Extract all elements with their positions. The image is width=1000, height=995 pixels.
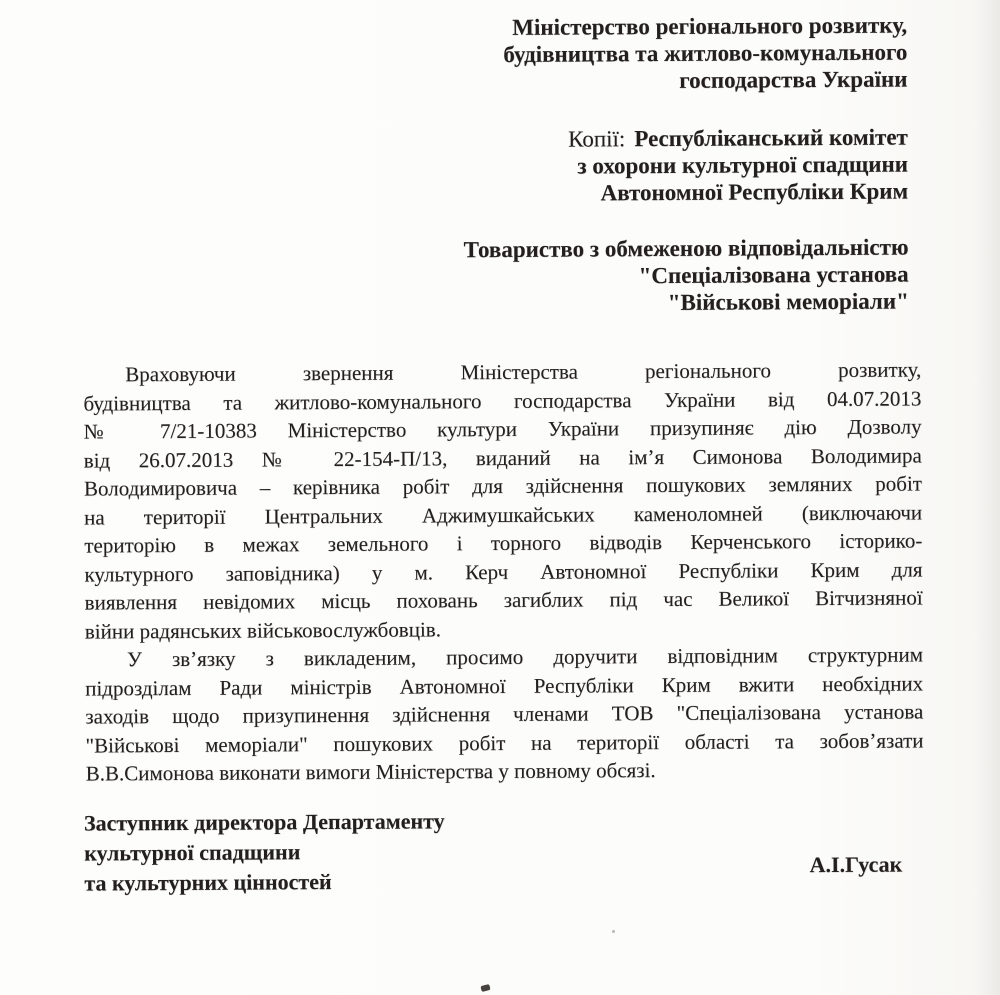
recipient-ministry-block: Міністерство регіонального розвитку, буд… xyxy=(503,12,907,95)
recipient-company-line: "Спеціалізована установа xyxy=(464,260,909,290)
paragraph1-line: Враховуючи звернення Міністерства регіон… xyxy=(83,355,921,389)
paragraph2-line: В.В.Симонова виконати вимоги Міністерств… xyxy=(86,754,924,788)
paragraph1-line: територію в межах земельного і торного в… xyxy=(84,526,922,560)
signatory-title-block: Заступник директора Департаменту культур… xyxy=(84,806,445,898)
signatory-title-line: культурної спадщини xyxy=(84,836,445,868)
paragraph2-line: заходів щодо призупинення здійснення чле… xyxy=(85,697,923,731)
scanned-letter-page: Міністерство регіонального розвитку, буд… xyxy=(0,0,1000,995)
paragraph2-line: У зв’язку з викладеним, просимо доручити… xyxy=(85,640,923,674)
signatory-title-line: Заступник директора Департаменту xyxy=(84,806,445,838)
scan-skew-layer: Міністерство регіонального розвитку, буд… xyxy=(0,0,1000,995)
paragraph2-line: "Військові меморіали" пошукових робіт на… xyxy=(85,726,923,760)
recipient-ministry-line: Міністерство регіонального розвитку, xyxy=(503,12,907,41)
recipient-copies-line: Копії:Республіканський комітет xyxy=(568,124,908,153)
scan-speck xyxy=(612,930,615,933)
signatory-name: А.І.Гусак xyxy=(810,852,903,879)
recipient-company-line: "Військові меморіали" xyxy=(464,287,909,317)
paragraph1-line: Володимировича – керівника робіт для зді… xyxy=(84,469,922,503)
recipient-copies-text: Республіканський комітет xyxy=(634,125,908,152)
letter-body: Враховуючи звернення Міністерства регіон… xyxy=(83,355,924,788)
signatory-title-line: та культурних цінностей xyxy=(84,866,445,898)
recipient-ministry-line: будівництва та житлово-комунального xyxy=(503,39,907,68)
recipient-copies-line: з охорони культурної спадщини xyxy=(568,151,908,180)
recipient-copies-block: Копії:Республіканський комітет з охорони… xyxy=(568,124,908,207)
paragraph1-line: виявлення невідомих місць поховань загиб… xyxy=(85,583,923,617)
recipient-company-block: Товариство з обмеженою відповідальністю … xyxy=(464,234,909,318)
recipient-company-line: Товариство з обмеженою відповідальністю xyxy=(464,234,909,264)
recipient-ministry-line: господарства України xyxy=(503,66,907,95)
paragraph1-line: № 7/21-10383 Міністерство культури Украї… xyxy=(84,412,922,446)
copies-label: Копії: xyxy=(568,126,625,151)
recipient-copies-line: Автономної Республіки Крим xyxy=(568,178,908,207)
